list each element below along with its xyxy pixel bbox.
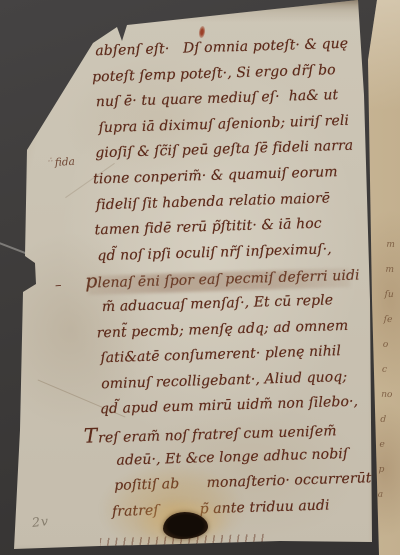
showthrough-glyph: d xyxy=(380,415,396,426)
folio-number: 2v xyxy=(31,513,49,530)
margin-note-text: fida xyxy=(51,156,75,169)
showthrough-glyph: ſu xyxy=(384,290,400,301)
photo-background: m m ſu ſe o c no d e p a abſenſ eſt· Dſ … xyxy=(0,0,400,555)
parchment-hole xyxy=(163,512,208,539)
margin-note-fida: ∴ fida xyxy=(27,143,76,182)
manuscript-page: abſenſ eſt· Dſ omnia poteſt· & quę poteſ… xyxy=(0,0,400,555)
showthrough-glyph: o xyxy=(383,340,399,351)
facing-page-showthrough-text: m m ſu ſe o c no d e p a xyxy=(377,240,400,500)
showthrough-glyph: m xyxy=(386,240,400,251)
showthrough-glyph: p xyxy=(378,465,394,476)
showthrough-glyph: m xyxy=(385,265,400,276)
showthrough-glyph: e xyxy=(379,440,395,451)
showthrough-glyph: a xyxy=(377,490,393,501)
showthrough-glyph: ſe xyxy=(384,315,400,326)
showthrough-glyph: c xyxy=(382,365,398,376)
showthrough-glyph: no xyxy=(381,390,397,401)
paragraph-dash: – xyxy=(54,278,62,293)
